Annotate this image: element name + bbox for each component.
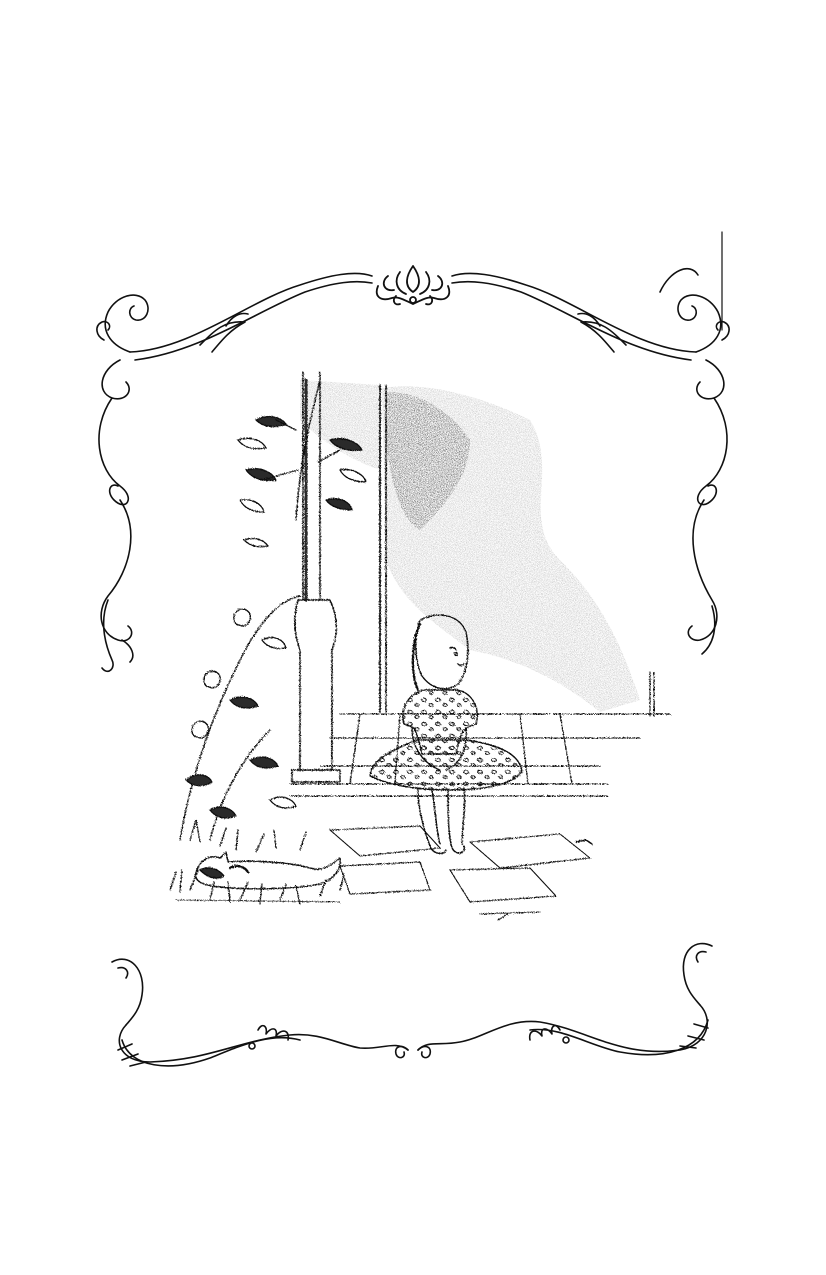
illustration-canvas [0,0,826,1275]
frame-top-scroll [97,269,729,399]
wall-shadow [300,380,640,712]
rose-bush [180,596,300,840]
illustration-plate: A small girl in a patterned short-sleeve… [0,0,826,1275]
flagstones [330,826,592,920]
frame-left-tendril [99,398,133,671]
lotus-ornament [377,266,449,304]
cat [196,852,341,889]
frame-bottom-banner [112,944,712,1066]
scene [170,372,670,920]
